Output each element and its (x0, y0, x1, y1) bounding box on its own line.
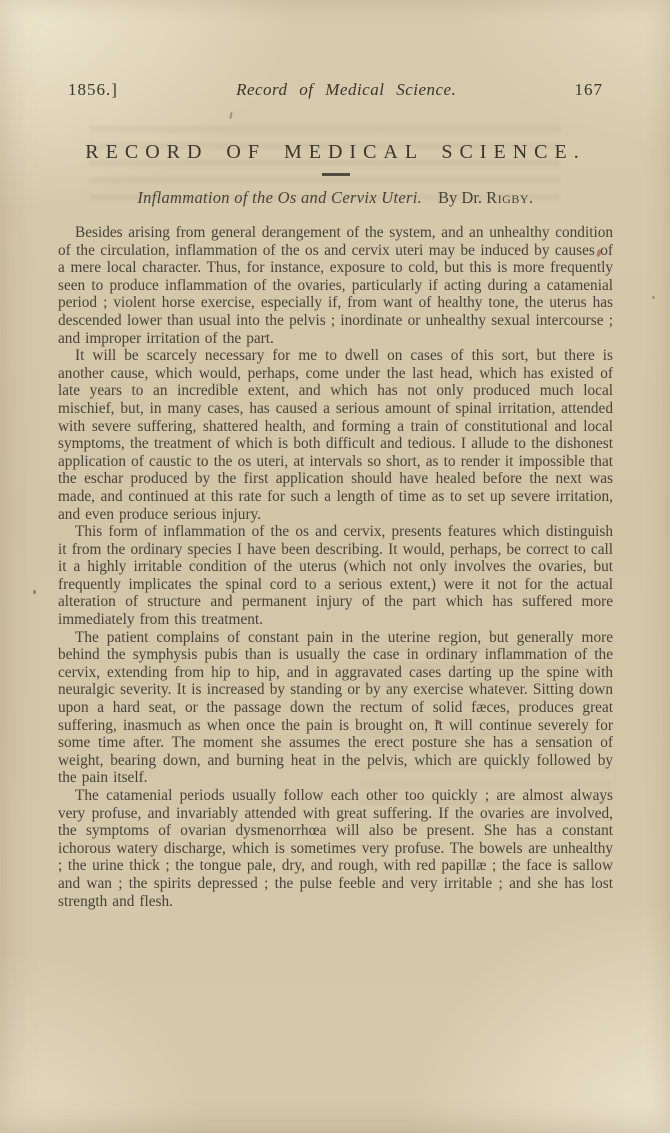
paper-speck (229, 112, 232, 119)
page-number: 167 (575, 80, 604, 100)
section-title: RECORD OF MEDICAL SCIENCE. (58, 141, 613, 164)
author-name: Rigby. (486, 188, 533, 207)
paper-speck (33, 590, 36, 594)
paragraph-4: The patient complains of constant pain i… (58, 629, 613, 787)
article-heading: Inflammation of the Os and Cervix Uteri.… (58, 188, 613, 208)
paragraph-2: It will be scarcely necessary for me to … (58, 347, 613, 523)
scanned-journal-page: 1856.] Record of Medical Science. 167 RE… (0, 0, 670, 1133)
byline-prefix: By Dr. (438, 188, 482, 207)
title-divider (322, 173, 350, 176)
article-body: Besides arising from general derangement… (58, 224, 613, 910)
running-title: Record of Medical Science. (236, 80, 456, 100)
paper-speck (652, 296, 655, 299)
paragraph-3: This form of inflammation of the os and … (58, 523, 613, 629)
paragraph-1: Besides arising from general derangement… (58, 224, 613, 347)
paragraph-5: The catamenial periods usually follow ea… (58, 787, 613, 910)
header-year: 1856.] (68, 80, 118, 100)
article-subtitle: Inflammation of the Os and Cervix Uteri. (137, 188, 422, 207)
running-head: 1856.] Record of Medical Science. 167 (58, 80, 613, 100)
